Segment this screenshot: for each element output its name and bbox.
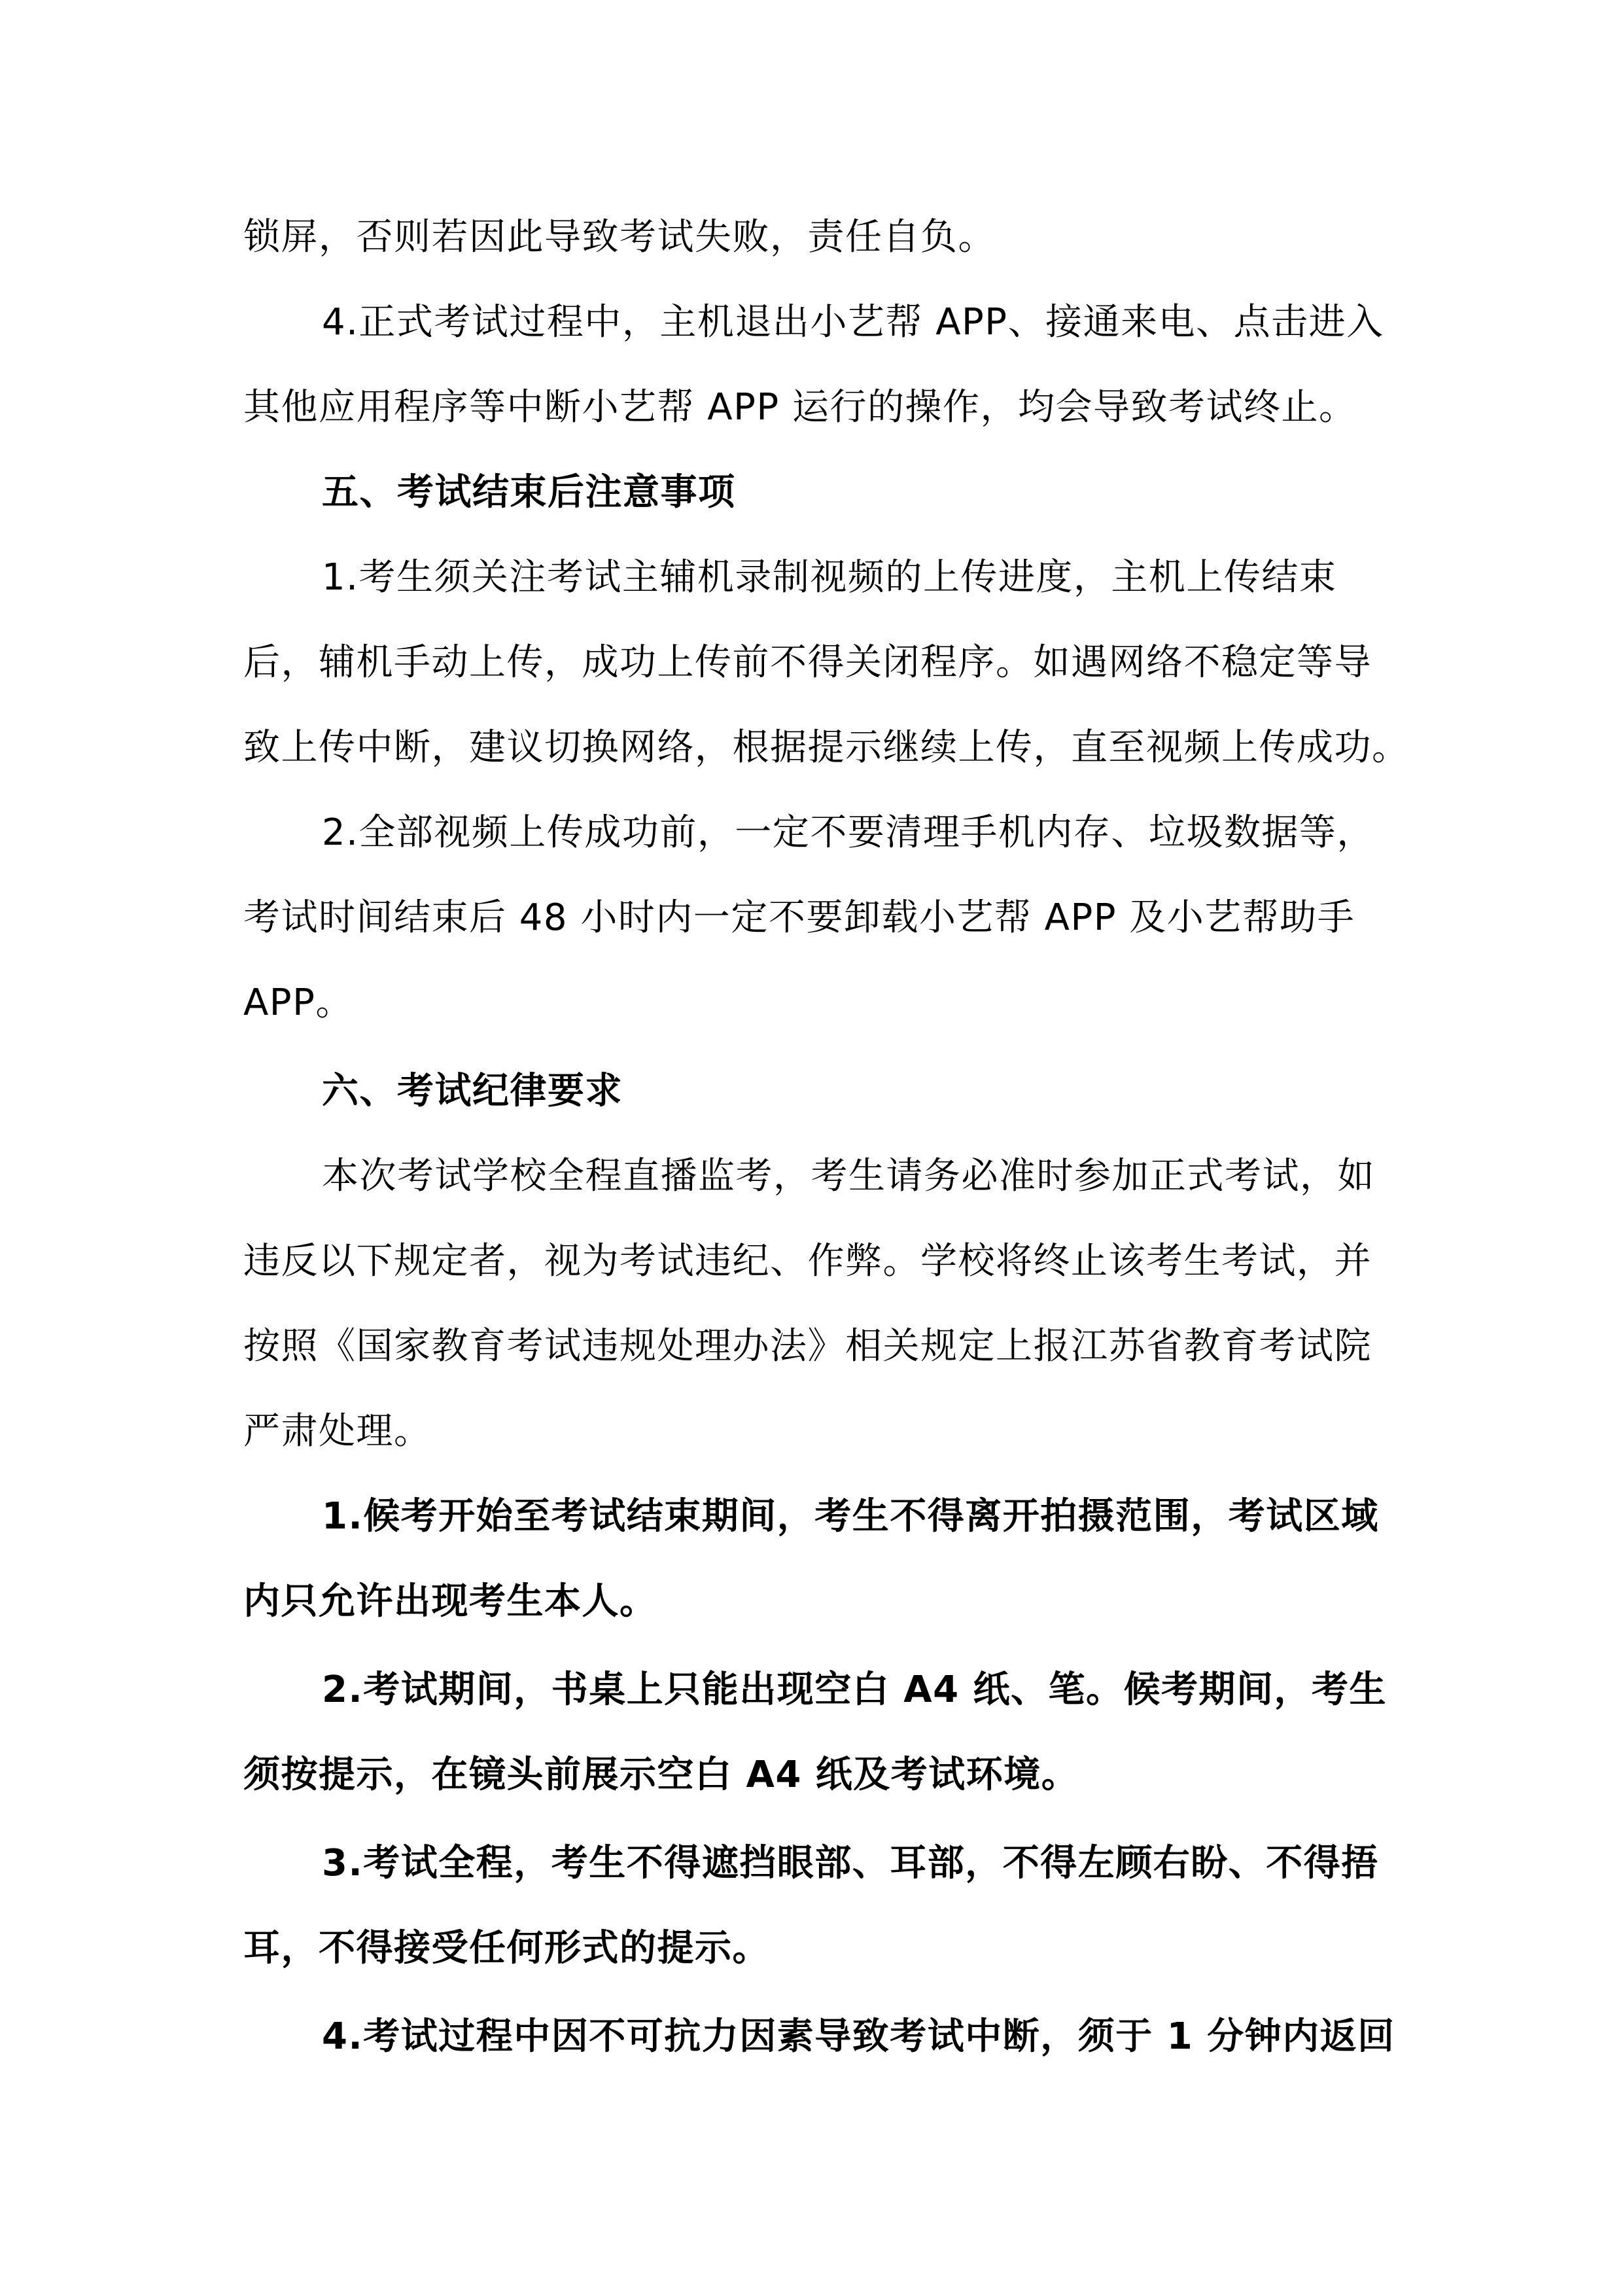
rule-line: 耳，不得接受任何形式的提示。 [243,1919,770,1978]
rule-line: 2.考试期间，书桌上只能出现空白 A4 纸、笔。候考期间，考生 [322,1661,1387,1720]
paragraph-line: 2.全部视频上传成功前，一定不要清理手机内存、垃圾数据等， [322,804,1374,862]
paragraph-line: 违反以下规定者，视为考试违纪、作弊。学校将终止该考生考试，并 [243,1232,1372,1291]
section-heading-5: 五、考试结束后注意事项 [322,463,736,522]
rule-line: 内只允许出现考生本人。 [243,1572,657,1631]
paragraph-line: 致上传中断，建议切换网络，根据提示继续上传，直至视频上传成功。 [243,718,1410,777]
paragraph-line: 考试时间结束后 48 小时内一定不要卸载小艺帮 APP 及小艺帮助手 [243,889,1355,947]
paragraph-line: 后，辅机手动上传，成功上传前不得关闭程序。如遇网络不稳定等导 [243,633,1372,692]
paragraph-line: APP。 [243,974,353,1033]
rule-line: 须按提示，在镜头前展示空白 A4 纸及考试环境。 [243,1746,1079,1805]
paragraph-line: 按照《国家教育考试违规处理办法》相关规定上报江苏省教育考试院 [243,1317,1372,1376]
paragraph-line: 严肃处理。 [243,1402,432,1461]
paragraph-line: 本次考试学校全程直播监考，考生请务必准时参加正式考试，如 [322,1147,1375,1206]
rule-line: 4.考试过程中因不可抗力因素导致考试中断，须于 1 分钟内返回 [322,2007,1395,2066]
paragraph-line: 4.正式考试过程中，主机退出小艺帮 APP、接通来电、点击进入 [322,293,1384,352]
rule-line: 3.考试全程，考生不得遮挡眼部、耳部，不得左顾右盼、不得捂 [322,1834,1379,1893]
rule-line: 1.候考开始至考试结束期间，考生不得离开拍摄范围，考试区域 [322,1487,1379,1546]
paragraph-line: 锁屏，否则若因此导致考试失败，责任自负。 [243,208,996,267]
section-heading-6: 六、考试纪律要求 [322,1062,623,1121]
paragraph-line: 1.考生须关注考试主辅机录制视频的上传进度，主机上传结束 [322,548,1336,607]
paragraph-line: 其他应用程序等中断小艺帮 APP 运行的操作，均会导致考试终止。 [243,378,1356,437]
